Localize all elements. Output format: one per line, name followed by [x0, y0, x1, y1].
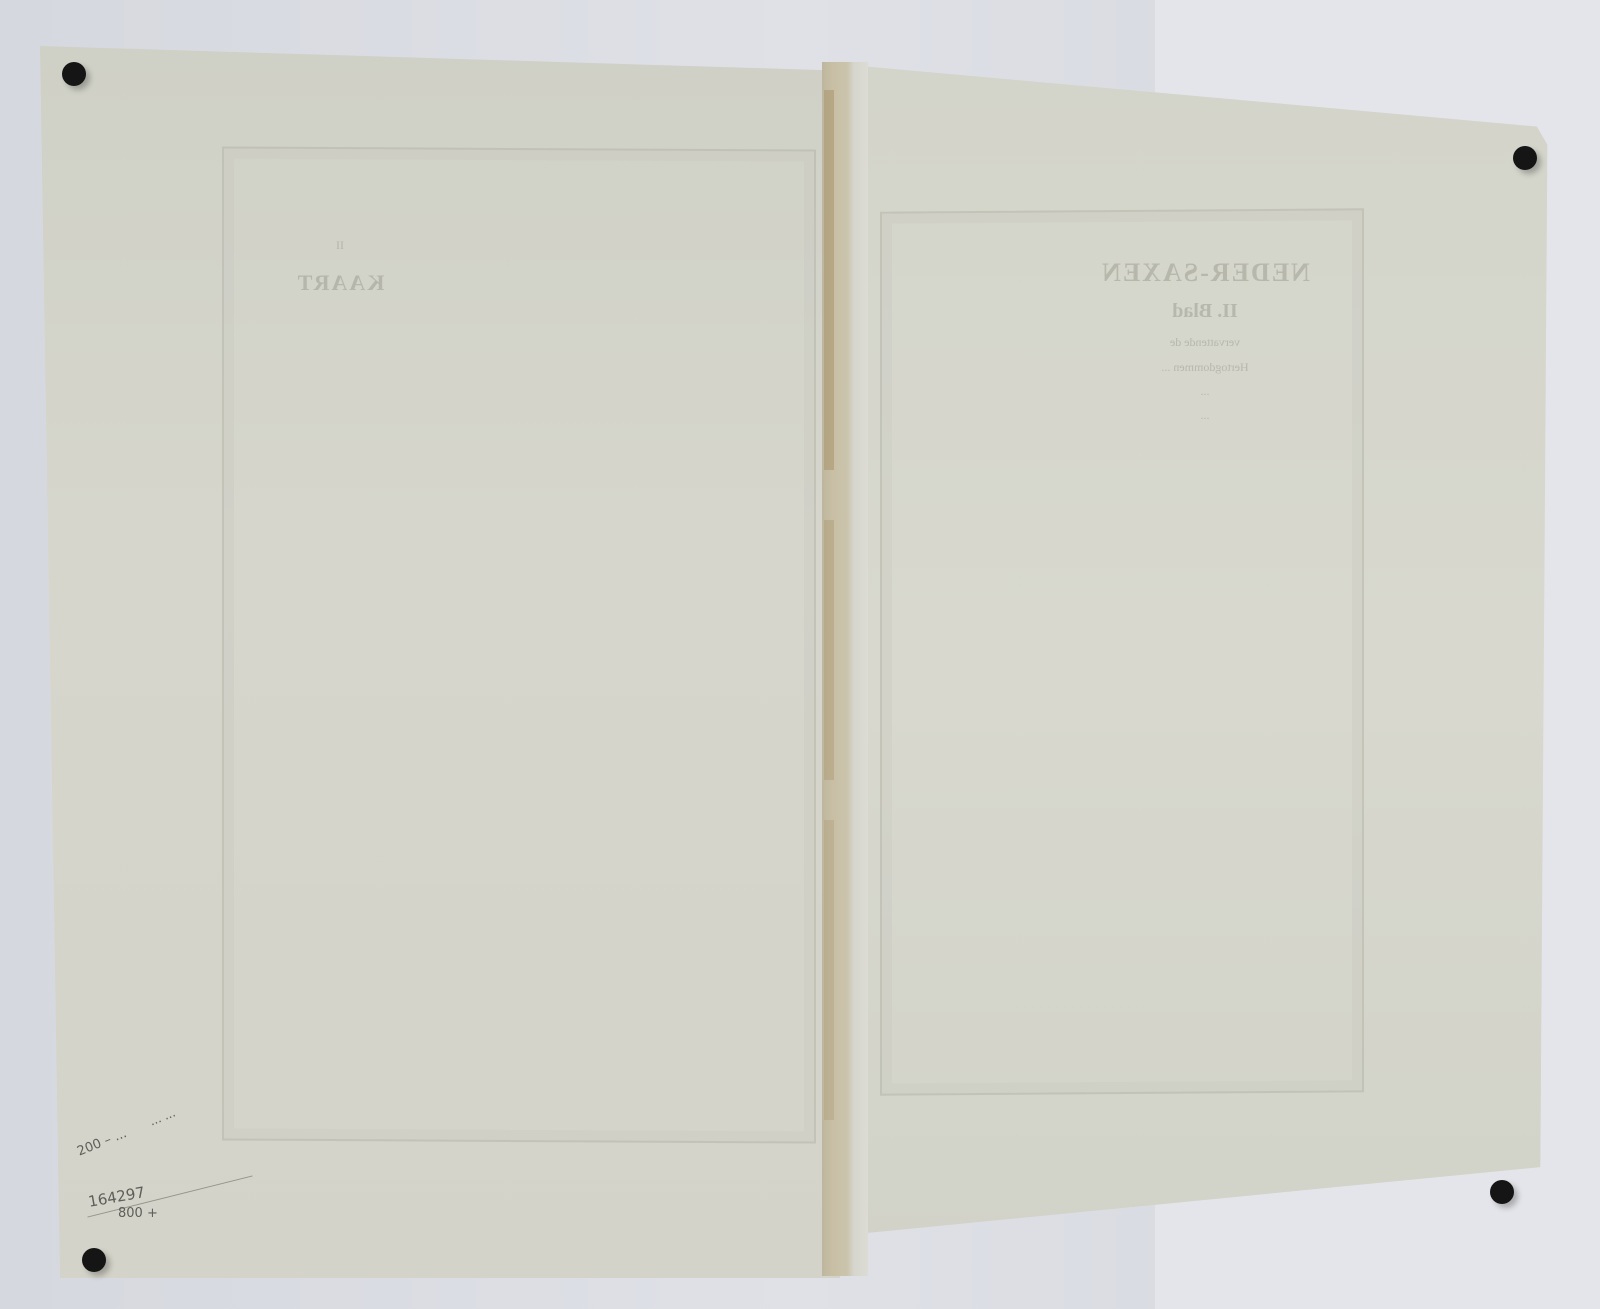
spine-stain	[824, 520, 834, 780]
corner-pin	[1490, 1180, 1514, 1204]
show-through-left-title: KAART	[240, 270, 440, 296]
corner-pin	[1513, 146, 1537, 170]
show-through-line: Hertogdommen ...	[1060, 360, 1350, 375]
pencil-price: 800 +	[118, 1206, 158, 1221]
show-through-left-numeral: II	[240, 238, 440, 253]
corner-pin	[82, 1248, 106, 1272]
show-through-line: ...	[1060, 408, 1350, 423]
show-through-line: ...	[1060, 384, 1350, 399]
show-through-subtitle: II. Blad	[1070, 300, 1340, 323]
show-through-title: NEDER-SAXEN	[1070, 258, 1340, 288]
spine-stain	[824, 820, 834, 1120]
spine-stain	[824, 90, 834, 470]
left-plate-mark	[222, 146, 816, 1143]
show-through-line: vervattende de	[1060, 335, 1350, 350]
corner-pin	[62, 62, 86, 86]
